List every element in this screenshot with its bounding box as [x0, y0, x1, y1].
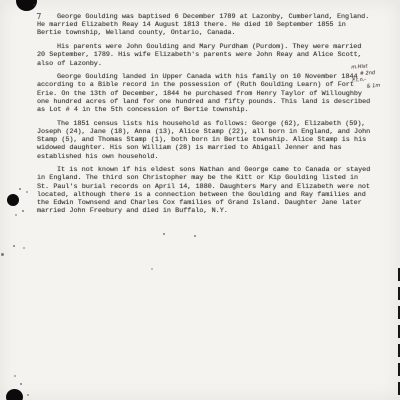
scan-speck [26, 191, 28, 193]
scan-speck [194, 235, 196, 237]
document-text: George Goulding was baptised 6 December … [37, 13, 373, 221]
punch-hole-bottom [6, 389, 23, 400]
handwritten-annotation: m.Hist # 2nd F.t.n.- & 1m [351, 61, 399, 90]
scan-speck [33, 4, 35, 6]
scan-speck [151, 268, 153, 270]
scan-speck [23, 247, 25, 249]
scan-speck [19, 188, 21, 190]
scan-speck [15, 214, 17, 216]
scan-speck [13, 245, 15, 247]
paragraph-parents: His parents were John Goulding and Mary … [37, 43, 373, 68]
paragraph-children: It is not known if his eldest sons Natha… [37, 166, 373, 215]
paragraph-land-purchase: George Goulding landed in Upper Canada w… [37, 73, 373, 114]
scan-speck [163, 233, 165, 235]
paragraph-census: The 1851 census lists his household as f… [37, 120, 373, 161]
scan-speck [20, 383, 22, 385]
scan-speck [1, 253, 4, 256]
scan-speck [27, 394, 29, 396]
punch-hole-middle [7, 194, 19, 206]
paragraph-baptism: George Goulding was baptised 6 December … [37, 13, 373, 38]
scan-speck [14, 375, 16, 377]
scan-speck [22, 210, 24, 212]
scanned-document-page: George Goulding was baptised 6 December … [0, 0, 400, 400]
